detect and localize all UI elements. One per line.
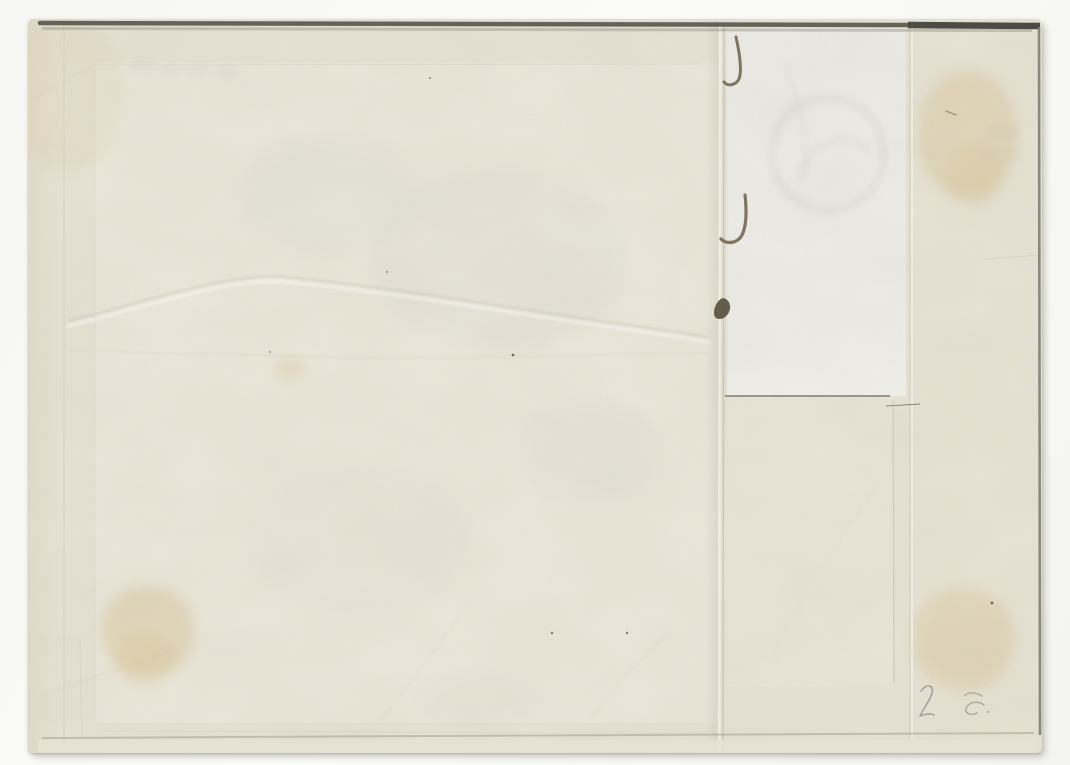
top-edge-shadow-right: [908, 25, 1040, 26]
bottom-edge-lip: [38, 740, 1036, 752]
right-edge-shadow: [1039, 27, 1040, 735]
letter-cover-back: [28, 19, 1042, 753]
paper-grain-texture: [28, 19, 1042, 753]
top-edge-soft-shadow: [42, 29, 1032, 31]
top-edge-shadow: [40, 23, 908, 25]
letter-cover-art: [28, 19, 1042, 753]
